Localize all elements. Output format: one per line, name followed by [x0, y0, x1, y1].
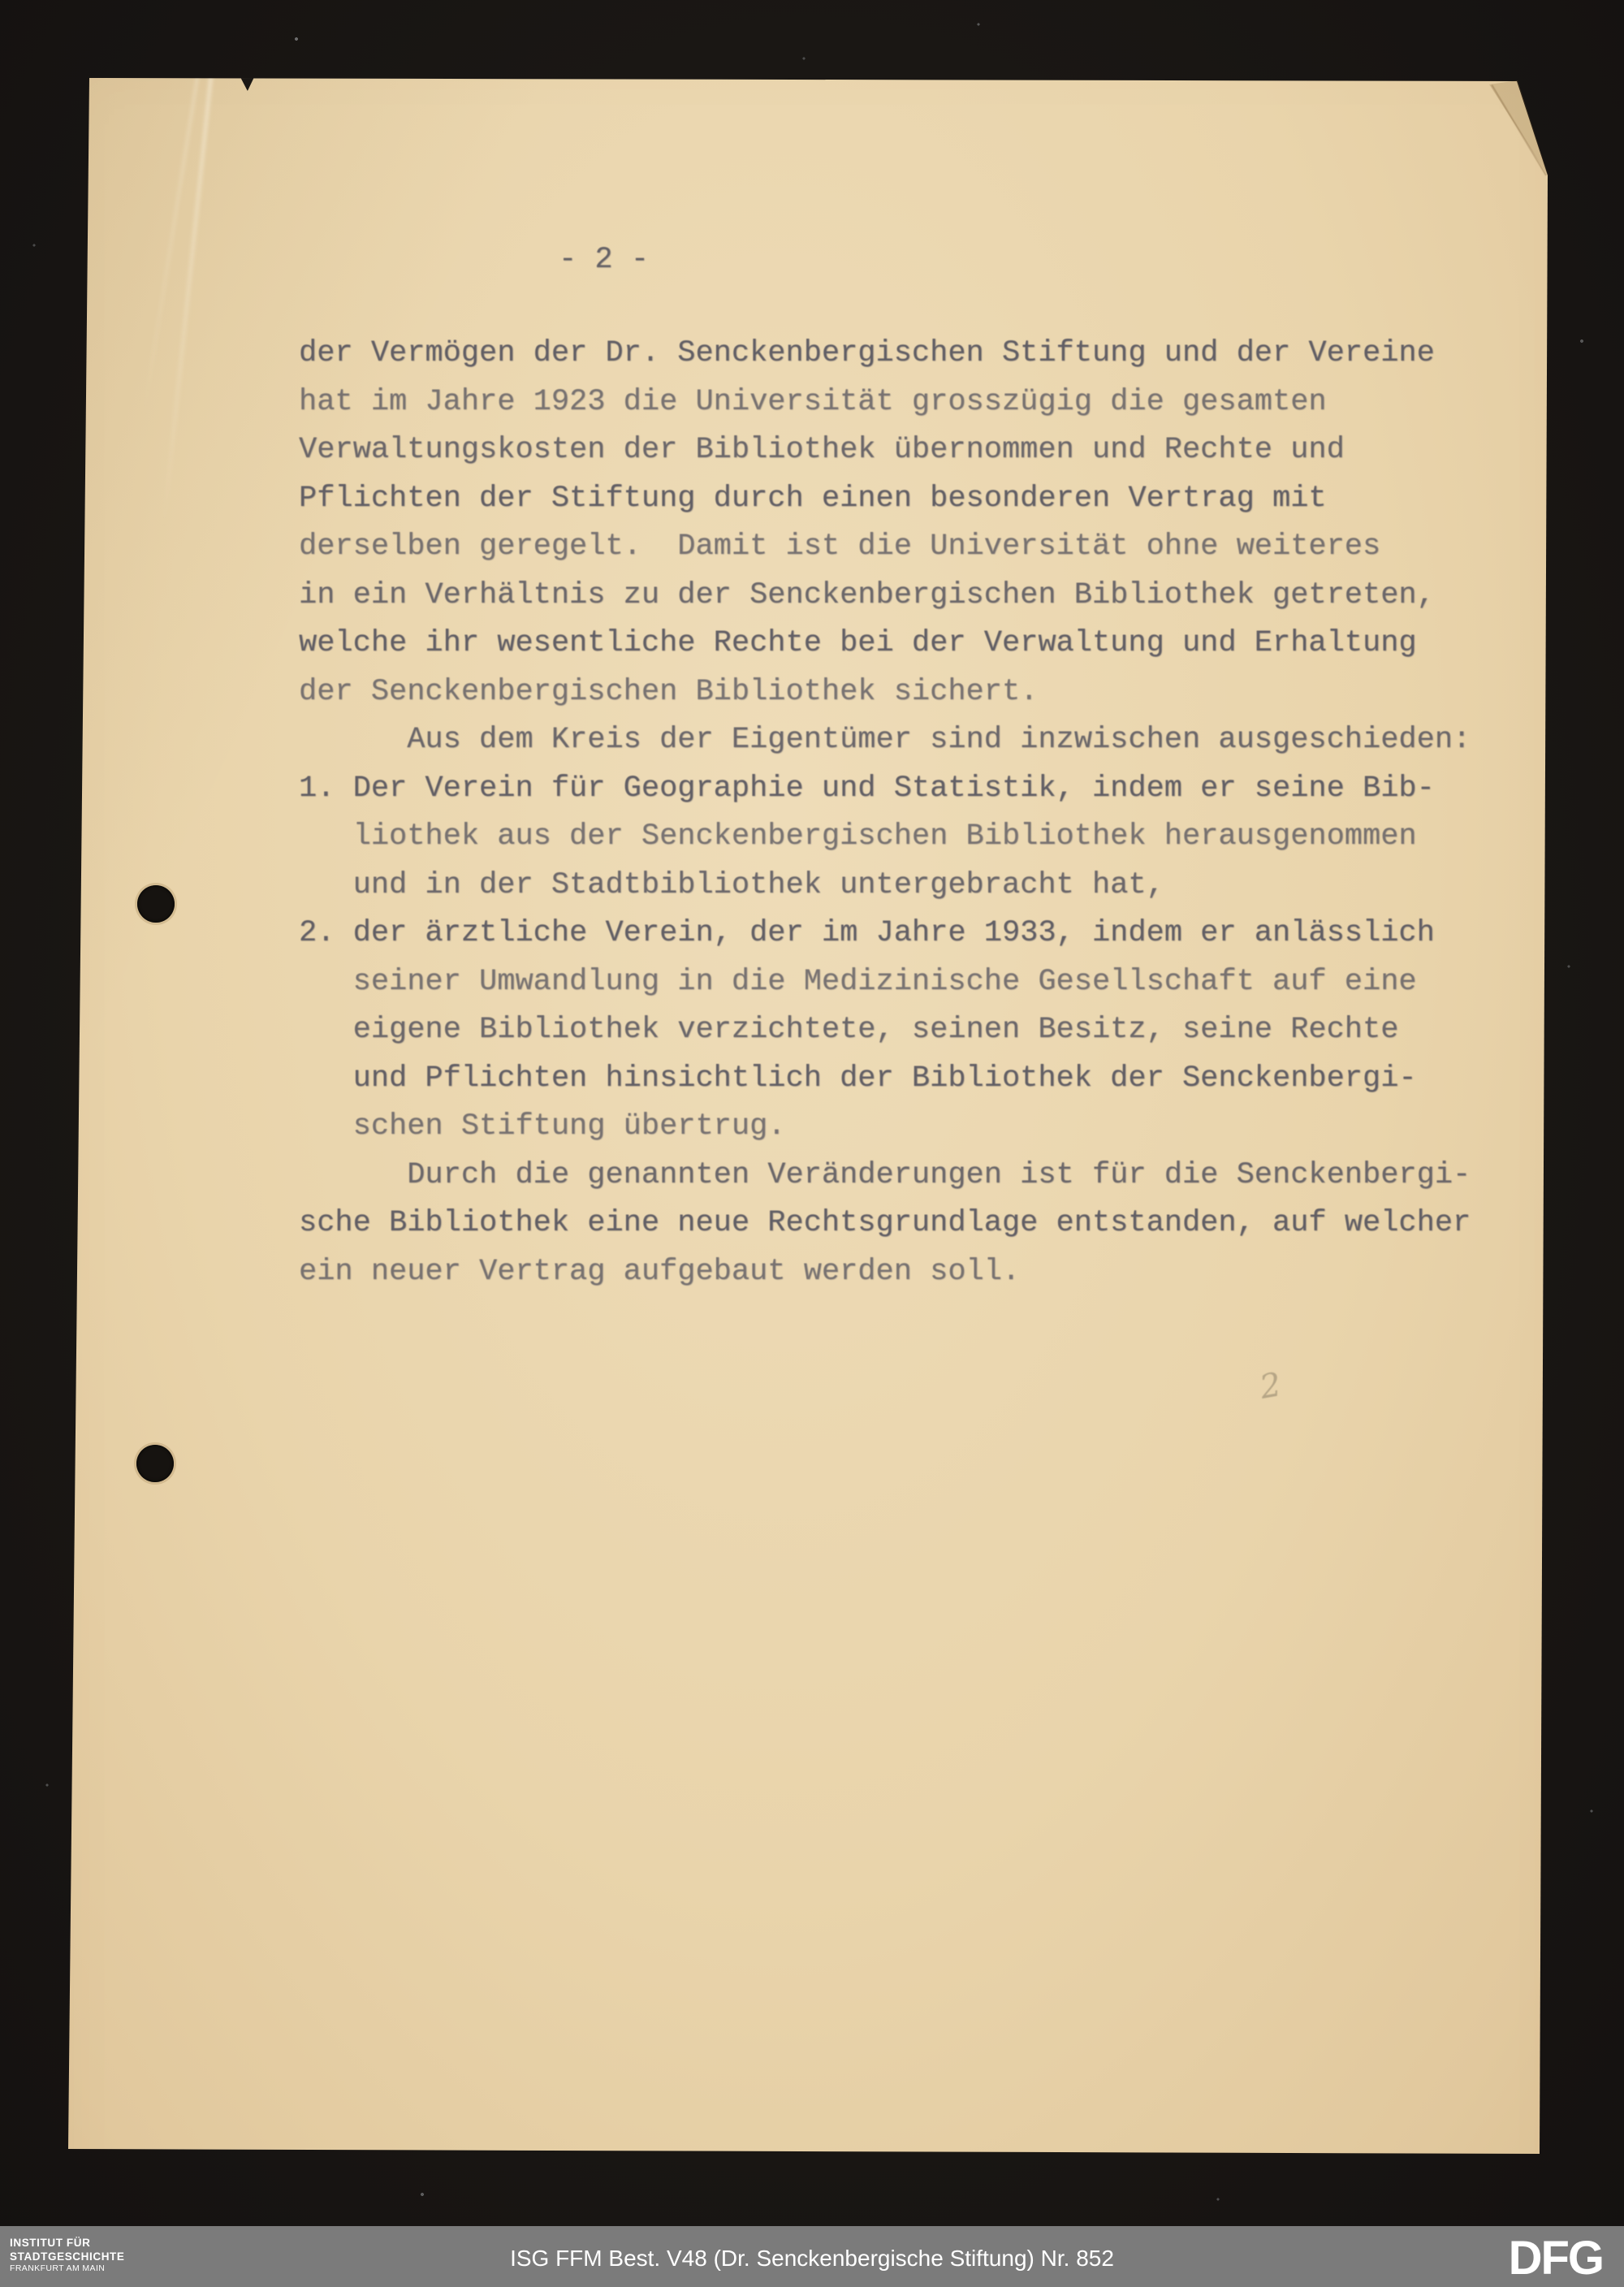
page-number: - 2 - [559, 243, 649, 277]
institute-name-line3: FRANKFURT AM MAIN [10, 2264, 125, 2273]
dfg-logo: DFG [1509, 2231, 1603, 2285]
typewritten-line: schen Stiftung übertrug. [299, 1103, 1471, 1152]
typewritten-line: Verwaltungskosten der Bibliothek übernom… [299, 426, 1471, 475]
paper-edge-nick [240, 77, 254, 91]
typewritten-text: der Vermögen der Dr. Senckenbergischen S… [299, 330, 1471, 1296]
typewritten-line: hat im Jahre 1923 die Universität grossz… [299, 378, 1471, 427]
typewritten-line: welche ihr wesentliche Rechte bei der Ve… [299, 620, 1471, 668]
typewritten-line: 1. Der Verein für Geographie und Statist… [299, 765, 1471, 814]
typewritten-line: und in der Stadtbibliothek untergebracht… [299, 862, 1471, 910]
archive-reference: ISG FFM Best. V48 (Dr. Senckenbergische … [510, 2246, 1114, 2272]
document-page: - 2 - der Vermögen der Dr. Senckenbergis… [0, 0, 1624, 2287]
typewritten-line: 2. der ärztliche Verein, der im Jahre 19… [299, 910, 1471, 958]
punch-hole-top [137, 885, 175, 923]
typewritten-line: liothek aus der Senckenbergischen Biblio… [299, 813, 1471, 862]
typewritten-line: derselben geregelt. Damit ist die Univer… [299, 523, 1471, 572]
punch-hole-bottom [136, 1445, 174, 1482]
institute-name-line1: INSTITUT FÜR [10, 2237, 125, 2249]
institute-logo: INSTITUT FÜR STADTGESCHICHTE FRANKFURT A… [10, 2237, 125, 2273]
typewritten-line: seiner Umwandlung in die Medizinische Ge… [299, 958, 1471, 1007]
typewritten-line: der Senckenbergischen Bibliothek sichert… [299, 668, 1471, 717]
institute-name-line2: STADTGESCHICHTE [10, 2251, 125, 2263]
archive-scan-viewport: - 2 - der Vermögen der Dr. Senckenbergis… [0, 0, 1624, 2287]
footer-bar: INSTITUT FÜR STADTGESCHICHTE FRANKFURT A… [0, 2226, 1624, 2287]
typewritten-line: und Pflichten hinsichtlich der Bibliothe… [299, 1055, 1471, 1104]
handwritten-mark: 2 [1257, 1366, 1284, 1407]
paper-crease-secondary [142, 75, 199, 420]
typewritten-line: Pflichten der Stiftung durch einen beson… [299, 475, 1471, 524]
typewritten-line: ein neuer Vertrag aufgebaut werden soll. [299, 1248, 1471, 1297]
typewritten-line: der Vermögen der Dr. Senckenbergischen S… [299, 330, 1471, 378]
typewritten-line: sche Bibliothek eine neue Rechtsgrundlag… [299, 1200, 1471, 1248]
typewritten-line: Durch die genannten Veränderungen ist fü… [299, 1152, 1471, 1200]
typewritten-line: eigene Bibliothek verzichtete, seinen Be… [299, 1006, 1471, 1055]
typewritten-line: in ein Verhältnis zu der Senckenbergisch… [299, 572, 1471, 620]
typewritten-line: Aus dem Kreis der Eigentümer sind inzwis… [299, 716, 1471, 765]
